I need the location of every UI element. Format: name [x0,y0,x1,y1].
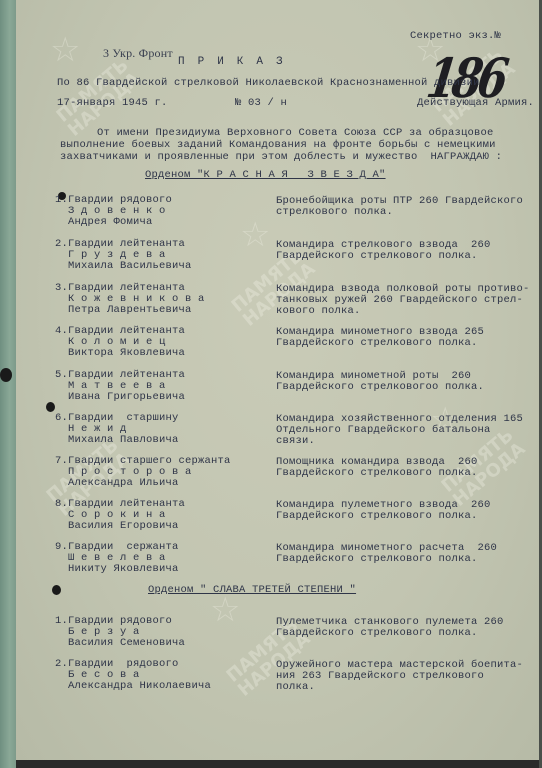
front-name: 3 Укр. Фронт [103,48,173,59]
preamble-line: От имени Президиума Верховного Совета Со… [97,128,494,139]
recipient-given-name: Андрея Фомича [68,217,153,228]
preamble-line: захватчиками и проявленные при этом добл… [60,152,502,163]
recipient-role: Гвардейского стрелкового полка. [276,338,478,349]
recipient-role: полка. [276,682,315,693]
recipient-role: Гвардейского стрелкового полка. [276,554,478,565]
recipient-role: Гвардейского стрелковогоо полка. [276,382,484,393]
recipient-given-name: Виктора Яковлевича [68,348,185,359]
recipient-role: связи. [276,436,315,447]
division-name: По 86 Гвардейской стрелковой Николаевско… [57,78,480,89]
recipient-given-name: Василия Егоровича [68,521,179,532]
document-title: ПРИКАЗ [178,57,296,68]
recipient-role: кового полка. [276,306,361,317]
folder-binding [0,0,16,768]
recipient-given-name: Александра Ильича [68,478,179,489]
award-section-heading: Орденом " СЛАВА ТРЕТЕЙ СТЕПЕНИ " [148,585,356,596]
recipient-given-name: Петра Лаврентьевича [68,305,192,316]
page-bottom-edge [16,760,542,768]
watermark-star-icon: ☆ [240,215,270,255]
preamble-line: выполнение боевых заданий Командования н… [60,140,496,151]
watermark-star-icon: ☆ [50,30,80,70]
recipient-role: Гвардейского стрелкового полка. [276,628,478,639]
order-number: № 03 / н [235,98,287,109]
watermark-star-icon: ☆ [210,590,240,630]
recipient-given-name: Василия Семеновича [68,638,185,649]
recipient-given-name: Никиту Яковлевича [68,564,179,575]
recipient-given-name: Михаила Павловича [68,435,179,446]
recipient-given-name: Александра Николаевича [68,681,211,692]
punch-hole [0,368,12,382]
army-label: Действующая Армия. [417,98,534,109]
recipient-given-name: Ивана Григорьевича [68,392,185,403]
recipient-role: Гвардейского стрелкового полка. [276,511,478,522]
secrecy-mark: Секретно экз.№ [410,31,501,42]
order-date: 17-января 1945 г. [57,98,168,109]
recipient-given-name: Михаила Васильевича [68,261,192,272]
recipient-role: Гвардейского стрелкового полка. [276,251,478,262]
recipient-role: Гвардейского стрелкового полка. [276,468,478,479]
recipient-role: стрелкового полка. [276,207,393,218]
ink-blot [46,402,55,412]
ink-blot [52,585,61,595]
award-section-heading: Орденом "К Р А С Н А Я З В Е З Д А" [145,170,386,181]
